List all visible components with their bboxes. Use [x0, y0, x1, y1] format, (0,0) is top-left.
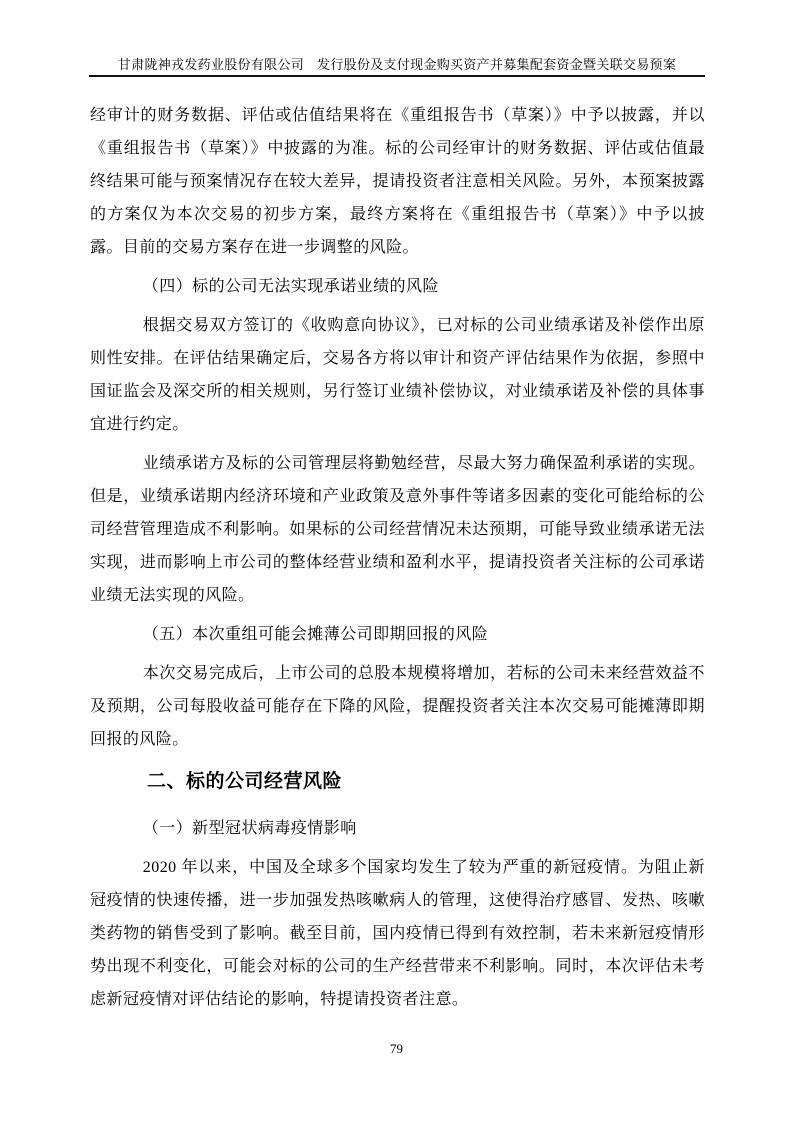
paragraph-audit-disclosure: 经审计的财务数据、评估或估值结果将在《重组报告书（草案）》中予以披露，并以《重组… — [90, 99, 705, 264]
document-body: 经审计的财务数据、评估或估值结果将在《重组报告书（草案）》中予以披露，并以《重组… — [90, 99, 705, 1016]
page-footer: 79 — [0, 1041, 793, 1057]
subsection-heading-4-performance-commitment-risk: （四）标的公司无法实现承诺业绩的风险 — [90, 270, 705, 303]
paragraph-acquisition-intent-agreement: 根据交易双方签订的《收购意向协议》，已对标的公司业绩承诺及补偿作出原则性安排。在… — [90, 309, 705, 441]
paragraph-covid-impact: 2020 年以来，中国及全球多个国家均发生了较为严重的新冠疫情。为阻止新冠疫情的… — [90, 851, 705, 1016]
subsection-heading-5-dilution-risk: （五）本次重组可能会摊薄公司即期回报的风险 — [90, 618, 705, 651]
page-number: 79 — [390, 1041, 403, 1056]
paragraph-performance-commitment-management: 业绩承诺方及标的公司管理层将勤勉经营，尽最大努力确保盈利承诺的实现。但是，业绩承… — [90, 447, 705, 612]
subsection-heading-1-covid-impact: （一）新型冠状病毒疫情影响 — [90, 812, 705, 845]
header-company-name: 甘肃陇神戎发药业股份有限公司 — [118, 57, 304, 72]
page-header: 甘肃陇神戎发药业股份有限公司发行股份及支付现金购买资产并募集配套资金暨关联交易预… — [89, 0, 705, 77]
document-page: 甘肃陇神戎发药业股份有限公司发行股份及支付现金购买资产并募集配套资金暨关联交易预… — [0, 0, 793, 1122]
section-heading-2-target-company-operating-risk: 二、标的公司经营风险 — [90, 762, 705, 802]
paragraph-dilution-risk: 本次交易完成后，上市公司的总股本规模将增加，若标的公司未来经营效益不及预期，公司… — [90, 657, 705, 756]
header-doc-title: 发行股份及支付现金购买资产并募集配套资金暨关联交易预案 — [317, 57, 676, 72]
